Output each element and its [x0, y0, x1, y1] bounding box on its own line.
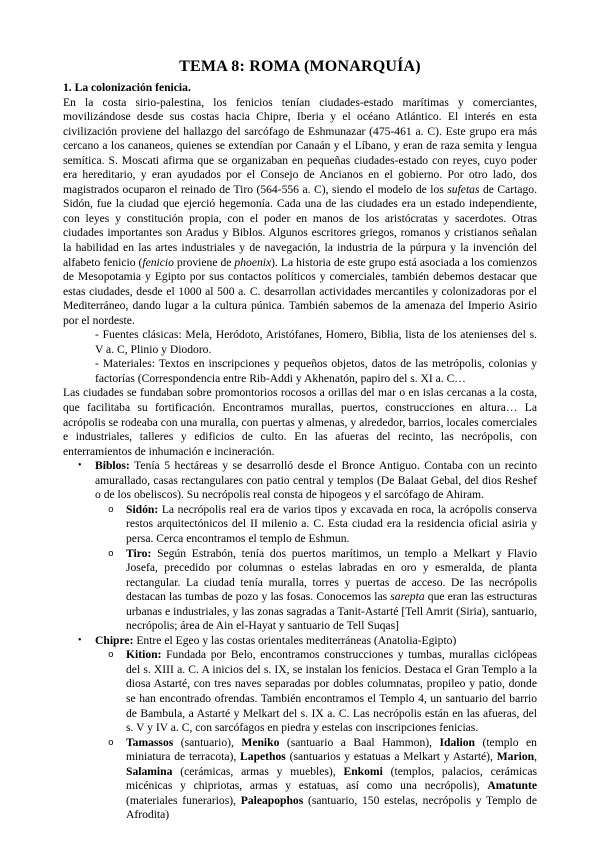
text-run: fenicio [142, 256, 174, 269]
bullet-item: oTamassos (santuario), Meniko (santuario… [63, 736, 537, 823]
bullet-circle-marker: o [108, 503, 114, 518]
text-run: (santuario), [173, 736, 241, 749]
indented-line: - Fuentes clásicas: Mela, Heródoto, Aris… [95, 328, 537, 357]
bullet-circle-marker: o [108, 648, 114, 663]
text-run: Sidón: [126, 503, 158, 516]
text-run: Las ciudades se fundaban sobre promontor… [63, 386, 537, 457]
text-run: Enkomi [344, 765, 383, 778]
document-page: TEMA 8: ROMA (MONARQUÍA) 1. La colonizac… [0, 0, 599, 848]
text-run: Tamassos [126, 736, 173, 749]
text-run: En la costa sirio-palestina, los fenicio… [63, 96, 537, 196]
bullet-disc-marker: • [78, 634, 82, 649]
text-run: (materiales funerarios), [126, 794, 241, 807]
bullet-disc-marker: • [78, 459, 82, 474]
document-blocks: 1. La colonización fenicia.En la costa s… [63, 81, 537, 823]
text-run: sufetas [447, 183, 479, 196]
text-run: La necrópolis real era de varios tipos y… [126, 503, 537, 545]
bullet-item: oKition: Fundada por Belo, encontramos c… [63, 648, 537, 735]
bullet-item: •Biblos: Tenía 5 hectáreas y se desarrol… [63, 459, 537, 503]
text-run: (cerámicas, armas y muebles), [172, 765, 343, 778]
text-run: Amatunte [487, 779, 537, 792]
bullet-item: oSidón: La necrópolis real era de varios… [63, 503, 537, 547]
text-run: Meniko [241, 736, 279, 749]
text-run: Chipre: [95, 634, 133, 647]
text-run: Marion [497, 750, 534, 763]
text-run: Salamina [126, 765, 172, 778]
bullet-item: oTiro: Según Estrabón, tenía dos puertos… [63, 547, 537, 634]
text-run: Idalion [440, 736, 475, 749]
text-run: Tiro: [126, 547, 151, 560]
text-run: Entre el Egeo y las costas orientales me… [133, 634, 456, 647]
text-run: Lapethos [240, 750, 286, 763]
bullet-circle-marker: o [108, 736, 114, 751]
text-run: phoenix [234, 256, 271, 269]
paragraph: Las ciudades se fundaban sobre promontor… [63, 386, 537, 459]
paragraph: En la costa sirio-palestina, los fenicio… [63, 96, 537, 329]
bullet-item: •Chipre: Entre el Egeo y las costas orie… [63, 634, 537, 649]
text-run: 1. La colonización fenicia. [63, 81, 191, 94]
bullet-circle-marker: o [108, 547, 114, 562]
text-run: Fundada por Belo, encontramos construcci… [126, 648, 537, 734]
text-run: - Materiales: Textos en inscripciones y … [95, 357, 537, 385]
text-run: Biblos: [95, 459, 130, 472]
section-heading: 1. La colonización fenicia. [63, 81, 537, 96]
text-run: Kition: [126, 648, 161, 661]
text-run: sarepta [390, 590, 424, 603]
text-run: (santuarios y estatuas a Melkart y Astar… [286, 750, 497, 763]
indented-line: - Materiales: Textos en inscripciones y … [95, 357, 537, 386]
text-run: - Fuentes clásicas: Mela, Heródoto, Aris… [95, 328, 537, 356]
document-title: TEMA 8: ROMA (MONARQUÍA) [63, 57, 537, 77]
text-run: Tenía 5 hectáreas y se desarrolló desde … [95, 459, 537, 501]
text-run: proviene de [174, 256, 234, 269]
text-run: (santuario a Baal Hammon), [279, 736, 439, 749]
text-run: Paleapophos [241, 794, 304, 807]
text-run: , [534, 750, 537, 763]
